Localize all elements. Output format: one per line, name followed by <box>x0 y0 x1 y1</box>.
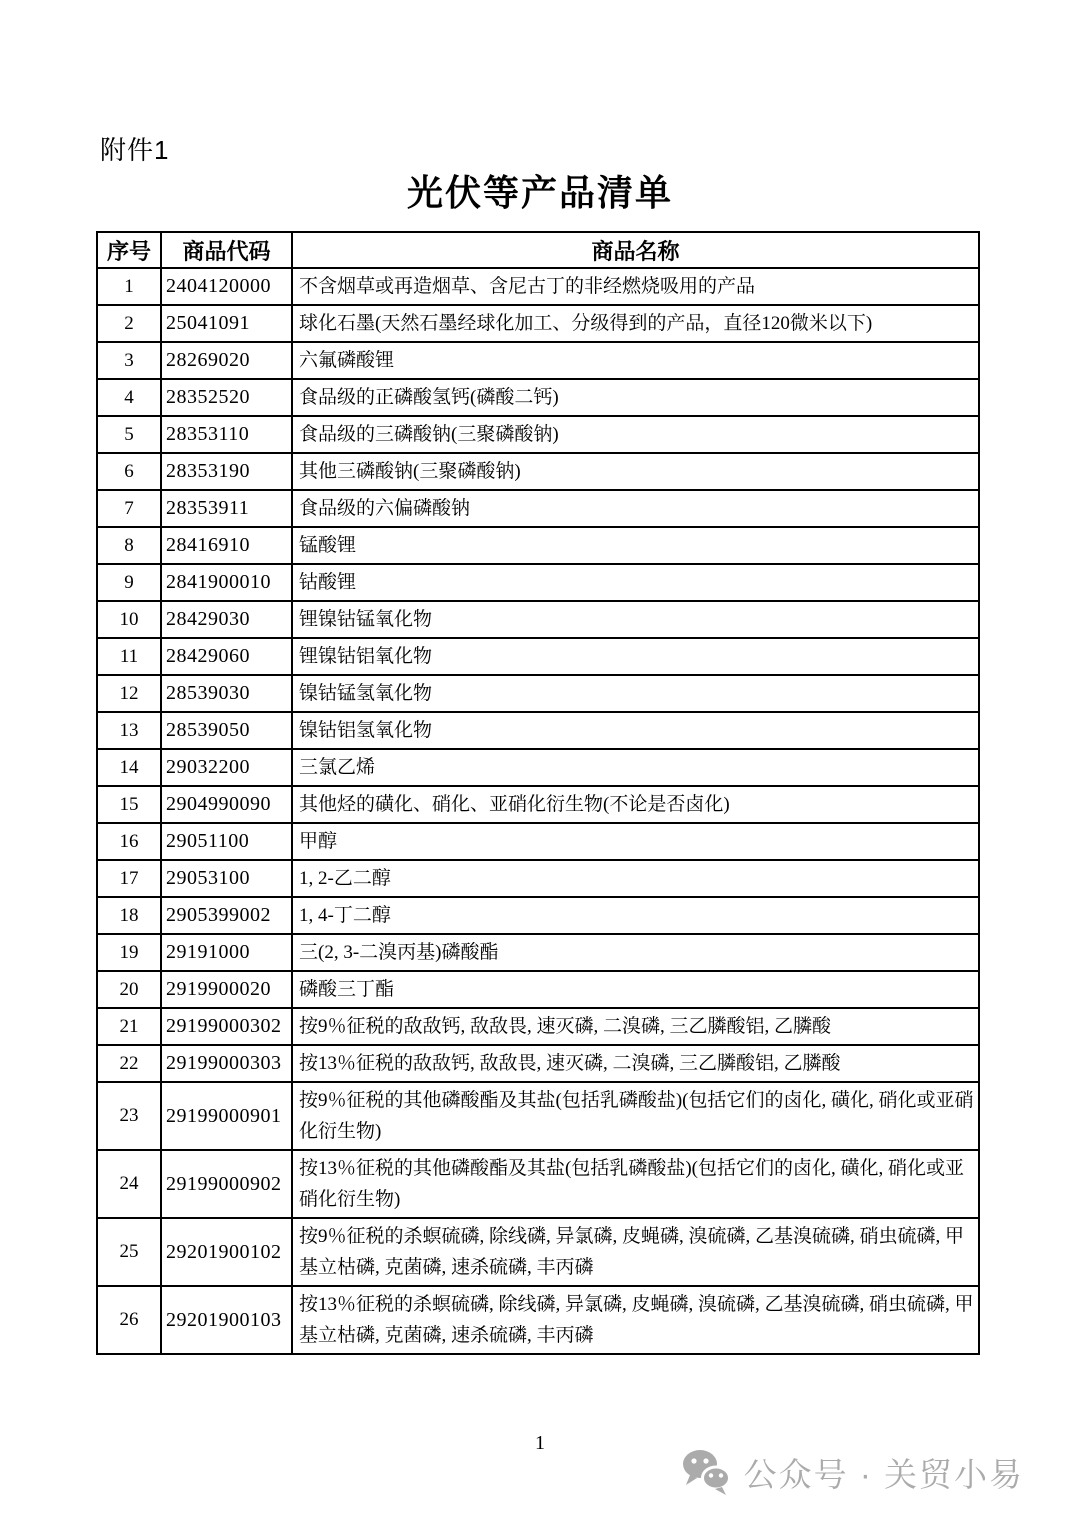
row-name: 锂镍钴铝氧化物 <box>292 638 979 675</box>
row-serial: 9 <box>97 564 161 601</box>
table-row: 25 29201900102 按9％征税的杀螟硫磷, 除线磷, 异氯磷, 皮蝇磷… <box>97 1218 979 1286</box>
row-name: 1, 2-乙二醇 <box>292 860 979 897</box>
row-code: 29199000303 <box>161 1045 292 1082</box>
row-name: 按13％征税的其他磷酸酯及其盐(包括乳磷酸盐)(包括它们的卤化, 磺化, 硝化或… <box>292 1150 979 1218</box>
row-serial: 5 <box>97 416 161 453</box>
table-row: 6 28353190 其他三磷酸钠(三聚磷酸钠) <box>97 453 979 490</box>
row-name: 钴酸锂 <box>292 564 979 601</box>
row-name: 按13％征税的杀螟硫磷, 除线磷, 异氯磷, 皮蝇磷, 溴硫磷, 乙基溴硫磷, … <box>292 1286 979 1354</box>
row-name: 六氟磷酸锂 <box>292 342 979 379</box>
table-row: 13 28539050 镍钴铝氢氧化物 <box>97 712 979 749</box>
row-name: 三(2, 3-二溴丙基)磷酸酯 <box>292 934 979 971</box>
row-serial: 8 <box>97 527 161 564</box>
col-header-serial: 序号 <box>97 232 161 268</box>
row-code: 2919900020 <box>161 971 292 1008</box>
row-serial: 11 <box>97 638 161 675</box>
row-code: 28429060 <box>161 638 292 675</box>
table-row: 9 2841900010 钴酸锂 <box>97 564 979 601</box>
table-row: 24 29199000902 按13％征税的其他磷酸酯及其盐(包括乳磷酸盐)(包… <box>97 1150 979 1218</box>
attachment-label: 附件1 <box>100 130 169 167</box>
watermark: 公众号 · 关贸小易 <box>680 1448 1024 1496</box>
row-serial: 2 <box>97 305 161 342</box>
row-serial: 20 <box>97 971 161 1008</box>
col-header-code: 商品代码 <box>161 232 292 268</box>
row-serial: 21 <box>97 1008 161 1045</box>
table-row: 15 2904990090 其他烃的磺化、硝化、亚硝化衍生物(不论是否卤化) <box>97 786 979 823</box>
row-serial: 16 <box>97 823 161 860</box>
row-name: 锰酸锂 <box>292 527 979 564</box>
row-code: 2905399002 <box>161 897 292 934</box>
row-code: 28429030 <box>161 601 292 638</box>
row-code: 2841900010 <box>161 564 292 601</box>
row-name: 按9％征税的杀螟硫磷, 除线磷, 异氯磷, 皮蝇磷, 溴硫磷, 乙基溴硫磷, 硝… <box>292 1218 979 1286</box>
row-name: 按9％征税的其他磷酸酯及其盐(包括乳磷酸盐)(包括它们的卤化, 磺化, 硝化或亚… <box>292 1082 979 1150</box>
row-serial: 7 <box>97 490 161 527</box>
row-name: 食品级的三磷酸钠(三聚磷酸钠) <box>292 416 979 453</box>
table-row: 20 2919900020 磷酸三丁酯 <box>97 971 979 1008</box>
row-serial: 23 <box>97 1082 161 1150</box>
table-header-row: 序号 商品代码 商品名称 <box>97 232 979 268</box>
table-row: 10 28429030 锂镍钴锰氧化物 <box>97 601 979 638</box>
row-serial: 1 <box>97 268 161 305</box>
row-serial: 12 <box>97 675 161 712</box>
row-code: 28353190 <box>161 453 292 490</box>
row-code: 29199000902 <box>161 1150 292 1218</box>
table-row: 17 29053100 1, 2-乙二醇 <box>97 860 979 897</box>
page-title: 光伏等产品清单 <box>0 165 1080 216</box>
row-code: 28352520 <box>161 379 292 416</box>
row-code: 29191000 <box>161 934 292 971</box>
row-code: 29199000302 <box>161 1008 292 1045</box>
row-name: 锂镍钴锰氧化物 <box>292 601 979 638</box>
row-code: 28416910 <box>161 527 292 564</box>
row-serial: 19 <box>97 934 161 971</box>
row-name: 三氯乙烯 <box>292 749 979 786</box>
row-serial: 4 <box>97 379 161 416</box>
table-row: 23 29199000901 按9％征税的其他磷酸酯及其盐(包括乳磷酸盐)(包括… <box>97 1082 979 1150</box>
table-row: 21 29199000302 按9％征税的敌敌钙, 敌敌畏, 速灭磷, 二溴磷,… <box>97 1008 979 1045</box>
row-serial: 13 <box>97 712 161 749</box>
row-name: 食品级的正磷酸氢钙(磷酸二钙) <box>292 379 979 416</box>
table-row: 19 29191000 三(2, 3-二溴丙基)磷酸酯 <box>97 934 979 971</box>
col-header-name: 商品名称 <box>292 232 979 268</box>
table-row: 5 28353110 食品级的三磷酸钠(三聚磷酸钠) <box>97 416 979 453</box>
row-name: 甲醇 <box>292 823 979 860</box>
row-name: 球化石墨(天然石墨经球化加工、分级得到的产品，直径120微米以下) <box>292 305 979 342</box>
row-code: 29201900102 <box>161 1218 292 1286</box>
row-name: 按13％征税的敌敌钙, 敌敌畏, 速灭磷, 二溴磷, 三乙膦酸铝, 乙膦酸 <box>292 1045 979 1082</box>
product-table: 序号 商品代码 商品名称 1 2404120000 不含烟草或再造烟草、含尼古丁… <box>96 231 980 1355</box>
row-serial: 14 <box>97 749 161 786</box>
table-row: 4 28352520 食品级的正磷酸氢钙(磷酸二钙) <box>97 379 979 416</box>
row-code: 29199000901 <box>161 1082 292 1150</box>
row-code: 28353110 <box>161 416 292 453</box>
row-serial: 26 <box>97 1286 161 1354</box>
row-serial: 25 <box>97 1218 161 1286</box>
table-row: 7 28353911 食品级的六偏磷酸钠 <box>97 490 979 527</box>
table-row: 2 25041091 球化石墨(天然石墨经球化加工、分级得到的产品，直径120微… <box>97 305 979 342</box>
row-code: 28539030 <box>161 675 292 712</box>
row-code: 29032200 <box>161 749 292 786</box>
row-serial: 17 <box>97 860 161 897</box>
row-name: 其他烃的磺化、硝化、亚硝化衍生物(不论是否卤化) <box>292 786 979 823</box>
row-name: 食品级的六偏磷酸钠 <box>292 490 979 527</box>
row-name: 镍钴铝氢氧化物 <box>292 712 979 749</box>
row-name: 其他三磷酸钠(三聚磷酸钠) <box>292 453 979 490</box>
table-row: 12 28539030 镍钴锰氢氧化物 <box>97 675 979 712</box>
table-row: 8 28416910 锰酸锂 <box>97 527 979 564</box>
row-code: 29051100 <box>161 823 292 860</box>
table-row: 16 29051100 甲醇 <box>97 823 979 860</box>
table-row: 3 28269020 六氟磷酸锂 <box>97 342 979 379</box>
row-serial: 10 <box>97 601 161 638</box>
row-code: 2404120000 <box>161 268 292 305</box>
row-code: 28353911 <box>161 490 292 527</box>
row-name: 1, 4-丁二醇 <box>292 897 979 934</box>
row-serial: 6 <box>97 453 161 490</box>
table-row: 22 29199000303 按13％征税的敌敌钙, 敌敌畏, 速灭磷, 二溴磷… <box>97 1045 979 1082</box>
row-code: 29053100 <box>161 860 292 897</box>
row-serial: 15 <box>97 786 161 823</box>
product-table-body: 1 2404120000 不含烟草或再造烟草、含尼古丁的非经燃烧吸用的产品 2 … <box>97 268 979 1354</box>
row-serial: 18 <box>97 897 161 934</box>
row-serial: 24 <box>97 1150 161 1218</box>
row-code: 2904990090 <box>161 786 292 823</box>
wechat-icon <box>680 1448 732 1496</box>
row-code: 28269020 <box>161 342 292 379</box>
row-name: 不含烟草或再造烟草、含尼古丁的非经燃烧吸用的产品 <box>292 268 979 305</box>
row-code: 25041091 <box>161 305 292 342</box>
row-name: 镍钴锰氢氧化物 <box>292 675 979 712</box>
row-code: 29201900103 <box>161 1286 292 1354</box>
row-name: 按9％征税的敌敌钙, 敌敌畏, 速灭磷, 二溴磷, 三乙膦酸铝, 乙膦酸 <box>292 1008 979 1045</box>
table-row: 1 2404120000 不含烟草或再造烟草、含尼古丁的非经燃烧吸用的产品 <box>97 268 979 305</box>
row-serial: 3 <box>97 342 161 379</box>
watermark-text: 公众号 · 关贸小易 <box>744 1449 1024 1496</box>
table-row: 11 28429060 锂镍钴铝氧化物 <box>97 638 979 675</box>
row-name: 磷酸三丁酯 <box>292 971 979 1008</box>
table-row: 26 29201900103 按13％征税的杀螟硫磷, 除线磷, 异氯磷, 皮蝇… <box>97 1286 979 1354</box>
row-code: 28539050 <box>161 712 292 749</box>
row-serial: 22 <box>97 1045 161 1082</box>
table-row: 18 2905399002 1, 4-丁二醇 <box>97 897 979 934</box>
table-row: 14 29032200 三氯乙烯 <box>97 749 979 786</box>
